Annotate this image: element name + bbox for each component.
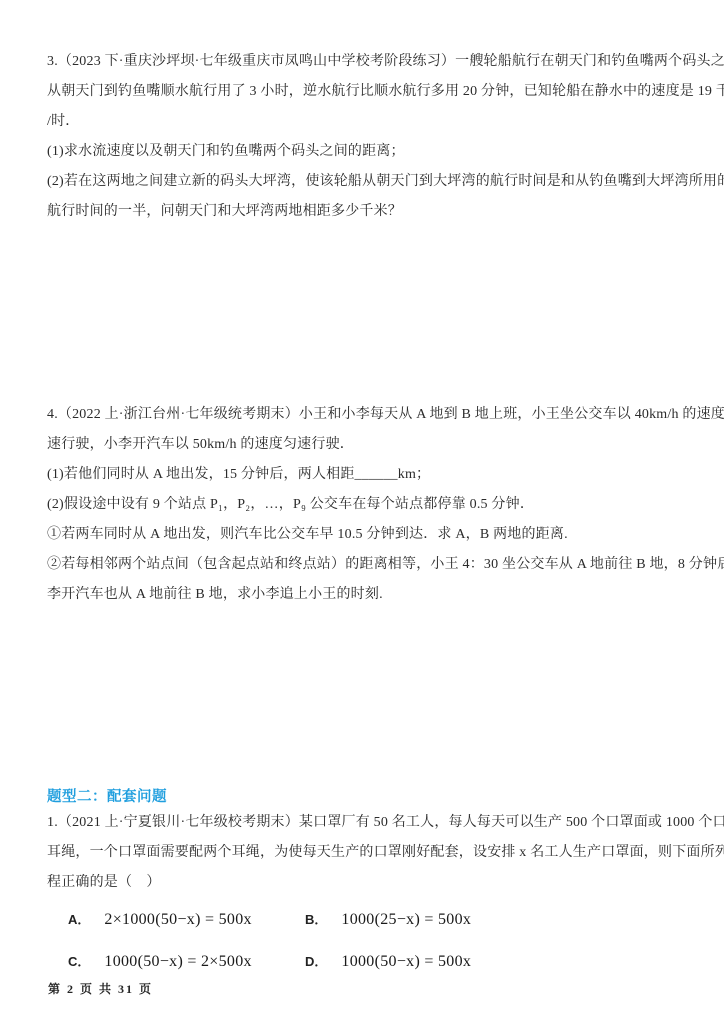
document-page: 3.（2023 下·重庆沙坪坝·七年级重庆市凤鸣山中学校考阶段练习）一艘轮船航行… — [0, 0, 724, 1024]
problem-4-part2: (2)假设途中设有 9 个站点 P₁，P₂，…，P₉ 公交车在每个站点都停靠 0… — [47, 490, 679, 520]
option-d: D． 1000(50−x) = 500x — [305, 951, 542, 971]
options-row-1: A． 2×1000(50−x) = 500x B． 1000(25−x) = 5… — [68, 898, 628, 940]
option-d-formula: 1000(50−x) = 500x — [341, 953, 471, 971]
options-row-2: C． 1000(50−x) = 2×500x D． 1000(50−x) = 5… — [68, 940, 628, 982]
page-number-footer: 第 2 页 共 31 页 — [48, 980, 153, 997]
problem-4-part1-blank: (1)若他们同时从 A 地出发，15 分钟后，两人相距______km； — [47, 460, 679, 490]
problem-3-line: /时． — [47, 107, 679, 137]
problem-3-part2: (2)若在这两地之间建立新的码头大坪湾，使该轮船从朝天门到大坪湾的航行时间是和从… — [47, 167, 679, 197]
problem-4-line: 4.（2022 上·浙江台州·七年级统考期末）小王和小李每天从 A 地到 B 地… — [47, 400, 679, 430]
problem-1: 1.（2021 上·宁夏银川·七年级校考期末）某口罩厂有 50 名工人，每人每天… — [47, 808, 679, 898]
section-title-type2: 题型二：配套问题 — [47, 785, 167, 806]
problem-3-line: 从朝天门到钓鱼嘴顺水航行用了 3 小时，逆水航行比顺水航行多用 20 分钟，已知… — [47, 77, 679, 107]
problem-1-line: 耳绳，一个口罩面需要配两个耳绳，为使每天生产的口罩刚好配套，设安排 x 名工人生… — [47, 838, 679, 868]
problem-4: 4.（2022 上·浙江台州·七年级统考期末）小王和小李每天从 A 地到 B 地… — [47, 400, 679, 610]
problem-3: 3.（2023 下·重庆沙坪坝·七年级重庆市凤鸣山中学校考阶段练习）一艘轮船航行… — [47, 47, 679, 227]
option-b-label: B． — [305, 909, 327, 928]
problem-1-line: 1.（2021 上·宁夏银川·七年级校考期末）某口罩厂有 50 名工人，每人每天… — [47, 808, 679, 838]
problem-4-line: 速行驶，小李开汽车以 50km/h 的速度匀速行驶． — [47, 430, 679, 460]
problem-3-line: 3.（2023 下·重庆沙坪坝·七年级重庆市凤鸣山中学校考阶段练习）一艘轮船航行… — [47, 47, 679, 77]
problem-4-subpart-2: ②若每相邻两个站点间（包含起点站和终点站）的距离相等，小王 4：30 坐公交车从… — [47, 550, 679, 580]
option-b-formula: 1000(25−x) = 500x — [341, 911, 471, 929]
option-d-label: D． — [305, 951, 327, 970]
option-a-formula: 2×1000(50−x) = 500x — [104, 911, 251, 929]
option-a-label: A． — [68, 909, 90, 928]
option-a: A． 2×1000(50−x) = 500x — [68, 909, 305, 929]
problem-4-line: 李开汽车也从 A 地前往 B 地，求小李追上小王的时刻. — [47, 580, 679, 610]
option-c-formula: 1000(50−x) = 2×500x — [104, 953, 251, 971]
answer-options: A． 2×1000(50−x) = 500x B． 1000(25−x) = 5… — [68, 898, 628, 982]
problem-1-line: 程正确的是（ ） — [47, 868, 679, 898]
problem-4-subpart-1: ①若两车同时从 A 地出发，则汽车比公交车早 10.5 分钟到达．求 A，B 两… — [47, 520, 679, 550]
option-c: C． 1000(50−x) = 2×500x — [68, 951, 305, 971]
problem-3-part1: (1)求水流速度以及朝天门和钓鱼嘴两个码头之间的距离； — [47, 137, 679, 167]
problem-3-line: 航行时间的一半，问朝天门和大坪湾两地相距多少千米？ — [47, 197, 679, 227]
option-c-label: C． — [68, 951, 90, 970]
option-b: B． 1000(25−x) = 500x — [305, 909, 542, 929]
